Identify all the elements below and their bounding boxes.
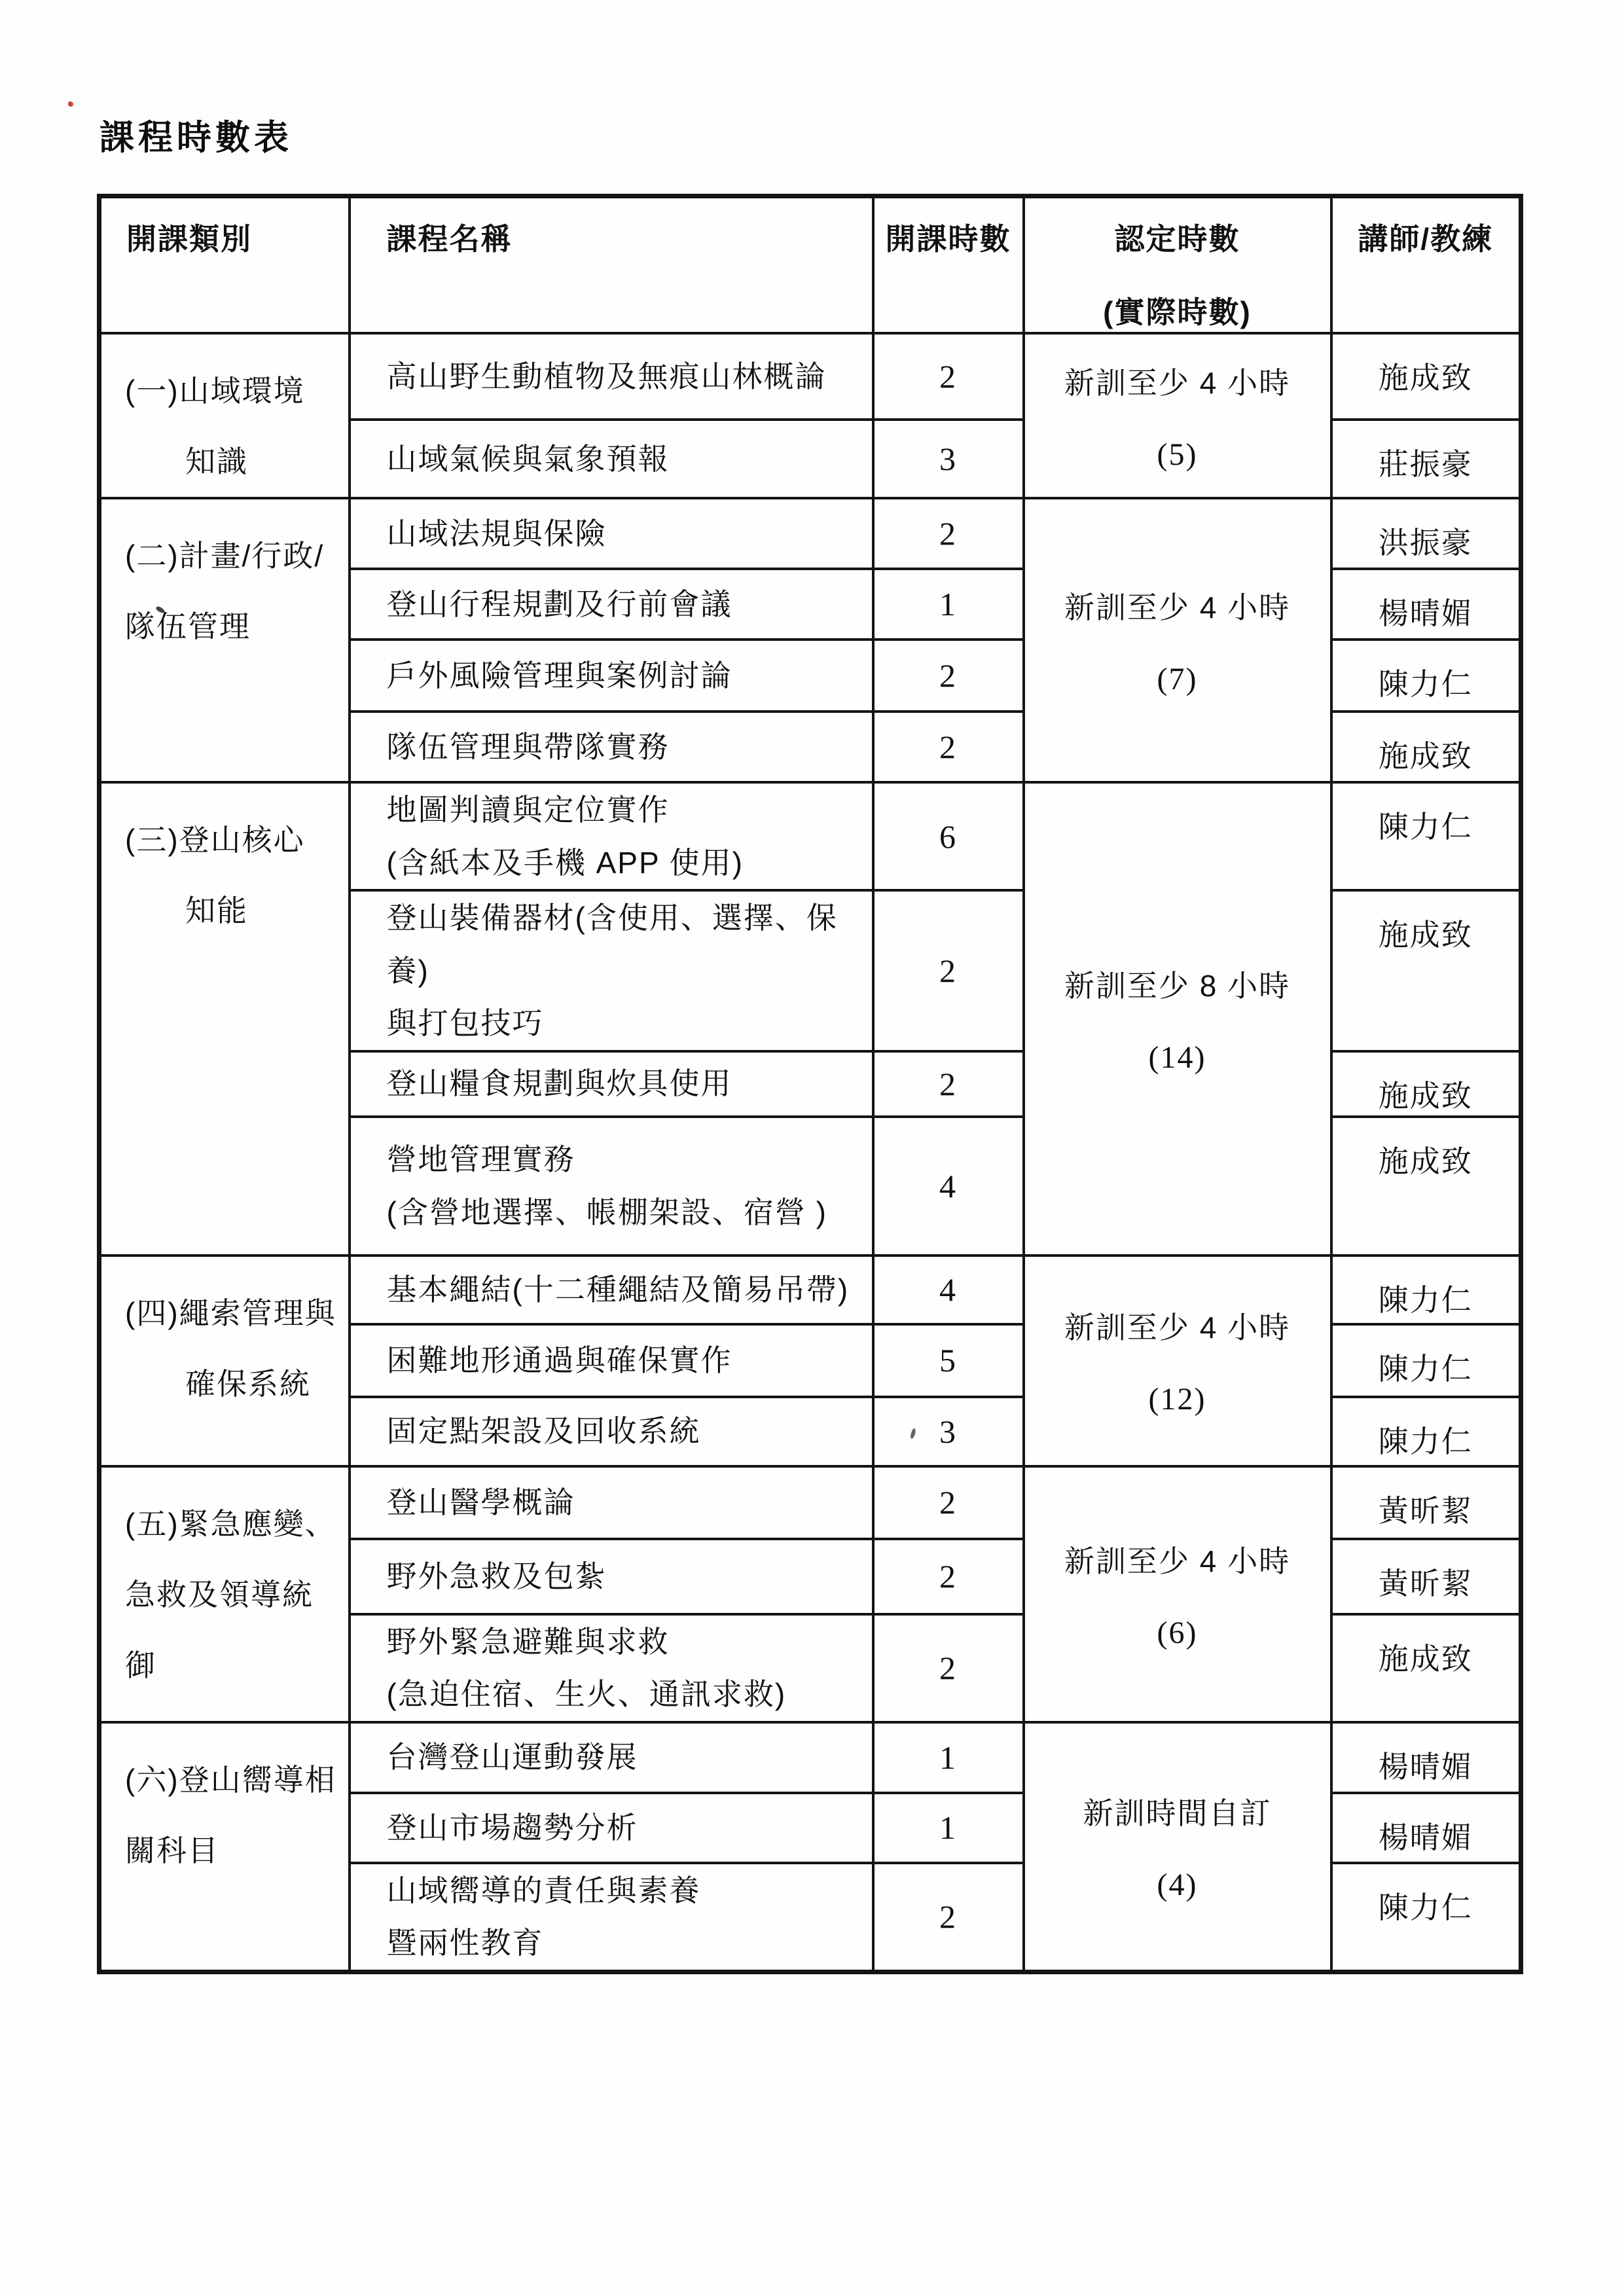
course-hours-cell: 3	[873, 1397, 1024, 1466]
recognized-hours-cell-3: 新訓至少 8 小時 (14)	[1024, 782, 1331, 1256]
instructor-cell: 陳力仁	[1331, 782, 1521, 890]
course-name-cell: 登山糧食規劃與炊具使用	[350, 1051, 873, 1117]
recognized-line2: (5)	[1025, 437, 1330, 473]
category-cell-1: (一)山域環境 知識	[99, 333, 350, 498]
course-name-cell: 地圖判讀與定位實作 (含紙本及手機 APP 使用)	[350, 782, 873, 890]
category-line: (四)繩索管理與	[125, 1278, 342, 1348]
instructor-cell: 陳力仁	[1331, 640, 1521, 712]
course-name-cell: 基本繩結(十二種繩結及簡易吊帶)	[350, 1256, 873, 1324]
scanned-document-page: 課程時數表 開課類別 課程名稱 開課時數 認定時數 (實際時數) 講師/教練 (…	[0, 0, 1624, 2295]
instructor-cell: 施成致	[1331, 1614, 1521, 1722]
category-cell-5: (五)緊急應變、 急救及領導統御	[99, 1466, 350, 1722]
category-cell-4: (四)繩索管理與 確保系統	[99, 1256, 350, 1466]
recognized-line2: (14)	[1025, 1039, 1330, 1075]
instructor-cell: 黃昕絜	[1331, 1466, 1521, 1539]
category-line: (三)登山核心	[125, 804, 342, 875]
recognized-line1: 新訓時間自訂	[1025, 1790, 1330, 1833]
table-row: (一)山域環境 知識 高山野生動植物及無痕山林概論 2 新訓至少 4 小時 (5…	[99, 333, 1521, 420]
course-name-cell: 高山野生動植物及無痕山林概論	[350, 333, 873, 420]
category-line: (二)計畫/行政/	[125, 520, 342, 591]
recognized-line2: (6)	[1025, 1615, 1330, 1651]
header-recognized-line1: 認定時數	[1115, 222, 1240, 256]
course-hours-cell: 3	[873, 420, 1024, 498]
course-hours-cell: 2	[873, 1051, 1024, 1117]
course-name-cell: 固定點架設及回收系統	[350, 1397, 873, 1466]
category-line: 確保系統	[125, 1348, 342, 1419]
header-course-name: 課程名稱	[350, 196, 873, 334]
header-course-hours: 開課時數	[873, 196, 1024, 334]
category-line: 知能	[125, 875, 342, 946]
instructor-cell: 楊晴媚	[1331, 1793, 1521, 1863]
recognized-line2: (7)	[1025, 661, 1330, 697]
instructor-cell: 施成致	[1331, 1051, 1521, 1117]
category-cell-6: (六)登山嚮導相 關科目	[99, 1722, 350, 1972]
course-hours-cell: 2	[873, 1466, 1024, 1539]
category-line: (一)山域環境	[125, 355, 342, 426]
course-hours-cell: 6	[873, 782, 1024, 890]
recognized-hours-cell-6: 新訓時間自訂 (4)	[1024, 1722, 1331, 1972]
category-line: 知識	[125, 426, 342, 497]
header-recognized-line2: (實際時數)	[1025, 289, 1330, 332]
table-row: (六)登山嚮導相 關科目 台灣登山運動發展 1 新訓時間自訂 (4) 楊晴媚	[99, 1722, 1521, 1793]
course-name-cell: 登山市場趨勢分析	[350, 1793, 873, 1863]
recognized-hours-cell-4: 新訓至少 4 小時 (12)	[1024, 1256, 1331, 1466]
course-hours-cell: 2	[873, 1614, 1024, 1722]
instructor-cell: 楊晴媚	[1331, 1722, 1521, 1793]
category-line: 關科目	[125, 1815, 342, 1886]
course-name-cell: 野外急救及包紮	[350, 1539, 873, 1614]
page-title: 課程時數表	[99, 110, 293, 160]
course-hours-cell: 2	[873, 890, 1024, 1051]
course-hours-cell: 4	[873, 1117, 1024, 1256]
course-name-cell: 戶外風險管理與案例討論	[350, 640, 873, 712]
recognized-hours-cell-2: 新訓至少 4 小時 (7)	[1024, 498, 1331, 782]
course-name-cell: 營地管理實務 (含營地選擇、帳棚架設、宿營 )	[350, 1117, 873, 1256]
course-name-cell: 困難地形通過與確保實作	[350, 1324, 873, 1397]
course-hours-cell: 5	[873, 1324, 1024, 1397]
instructor-cell: 洪振豪	[1331, 498, 1521, 569]
course-hours-cell: 2	[873, 1863, 1024, 1972]
recognized-line1: 新訓至少 4 小時	[1025, 1304, 1330, 1347]
recognized-hours-cell-5: 新訓至少 4 小時 (6)	[1024, 1466, 1331, 1722]
recognized-line2: (12)	[1025, 1381, 1330, 1417]
instructor-cell: 莊振豪	[1331, 420, 1521, 498]
course-hours-cell: 2	[873, 1539, 1024, 1614]
recognized-line1: 新訓至少 8 小時	[1025, 962, 1330, 1005]
course-name-cell: 台灣登山運動發展	[350, 1722, 873, 1793]
instructor-cell: 陳力仁	[1331, 1324, 1521, 1397]
header-category: 開課類別	[99, 196, 350, 334]
category-cell-3: (三)登山核心 知能	[99, 782, 350, 1256]
course-hours-cell: 2	[873, 640, 1024, 712]
table-row: (五)緊急應變、 急救及領導統御 登山醫學概論 2 新訓至少 4 小時 (6) …	[99, 1466, 1521, 1539]
recognized-line2: (4)	[1025, 1867, 1330, 1903]
course-hours-cell: 2	[873, 498, 1024, 569]
category-line: (五)緊急應變、	[125, 1489, 342, 1559]
course-name-cell: 登山裝備器材(含使用、選擇、保養) 與打包技巧	[350, 890, 873, 1051]
category-line: (六)登山嚮導相	[125, 1744, 342, 1815]
recognized-line1: 新訓至少 4 小時	[1025, 1538, 1330, 1581]
course-hours-table: 開課類別 課程名稱 開課時數 認定時數 (實際時數) 講師/教練 (一)山域環境…	[97, 194, 1523, 1974]
category-line: 急救及領導統御	[125, 1559, 342, 1701]
instructor-cell: 陳力仁	[1331, 1397, 1521, 1466]
course-name-cell: 山域嚮導的責任與素養 暨兩性教育	[350, 1863, 873, 1972]
table-row: (二)計畫/行政/ 隊伍管理 山域法規與保險 2 新訓至少 4 小時 (7) 洪…	[99, 498, 1521, 569]
instructor-cell: 黃昕絜	[1331, 1539, 1521, 1614]
category-line: 隊伍管理	[125, 591, 342, 662]
category-cell-2: (二)計畫/行政/ 隊伍管理	[99, 498, 350, 782]
recognized-line1: 新訓至少 4 小時	[1025, 359, 1330, 403]
table-row: (四)繩索管理與 確保系統 基本繩結(十二種繩結及簡易吊帶) 4 新訓至少 4 …	[99, 1256, 1521, 1324]
table-row: (三)登山核心 知能 地圖判讀與定位實作 (含紙本及手機 APP 使用) 6 新…	[99, 782, 1521, 890]
instructor-cell: 施成致	[1331, 1117, 1521, 1256]
instructor-cell: 陳力仁	[1331, 1256, 1521, 1324]
course-hours-cell: 1	[873, 1722, 1024, 1793]
recognized-line1: 新訓至少 4 小時	[1025, 584, 1330, 627]
course-name-cell: 山域氣候與氣象預報	[350, 420, 873, 498]
instructor-cell: 施成致	[1331, 333, 1521, 420]
instructor-cell: 施成致	[1331, 890, 1521, 1051]
header-instructor: 講師/教練	[1331, 196, 1521, 334]
recognized-hours-cell-1: 新訓至少 4 小時 (5)	[1024, 333, 1331, 498]
course-name-cell: 登山醫學概論	[350, 1466, 873, 1539]
course-name-cell: 山域法規與保險	[350, 498, 873, 569]
course-name-cell: 登山行程規劃及行前會議	[350, 569, 873, 640]
course-hours-cell: 1	[873, 569, 1024, 640]
scan-artifact	[68, 101, 73, 107]
instructor-cell: 施成致	[1331, 712, 1521, 782]
course-hours-cell: 2	[873, 333, 1024, 420]
course-hours-cell: 4	[873, 1256, 1024, 1324]
instructor-cell: 陳力仁	[1331, 1863, 1521, 1972]
course-name-cell: 野外緊急避難與求救 (急迫住宿、生火、通訊求救)	[350, 1614, 873, 1722]
header-recognized-hours: 認定時數 (實際時數)	[1024, 196, 1331, 334]
course-hours-cell: 2	[873, 712, 1024, 782]
course-name-cell: 隊伍管理與帶隊實務	[350, 712, 873, 782]
course-hours-cell: 1	[873, 1793, 1024, 1863]
instructor-cell: 楊晴媚	[1331, 569, 1521, 640]
table-header-row: 開課類別 課程名稱 開課時數 認定時數 (實際時數) 講師/教練	[99, 196, 1521, 334]
